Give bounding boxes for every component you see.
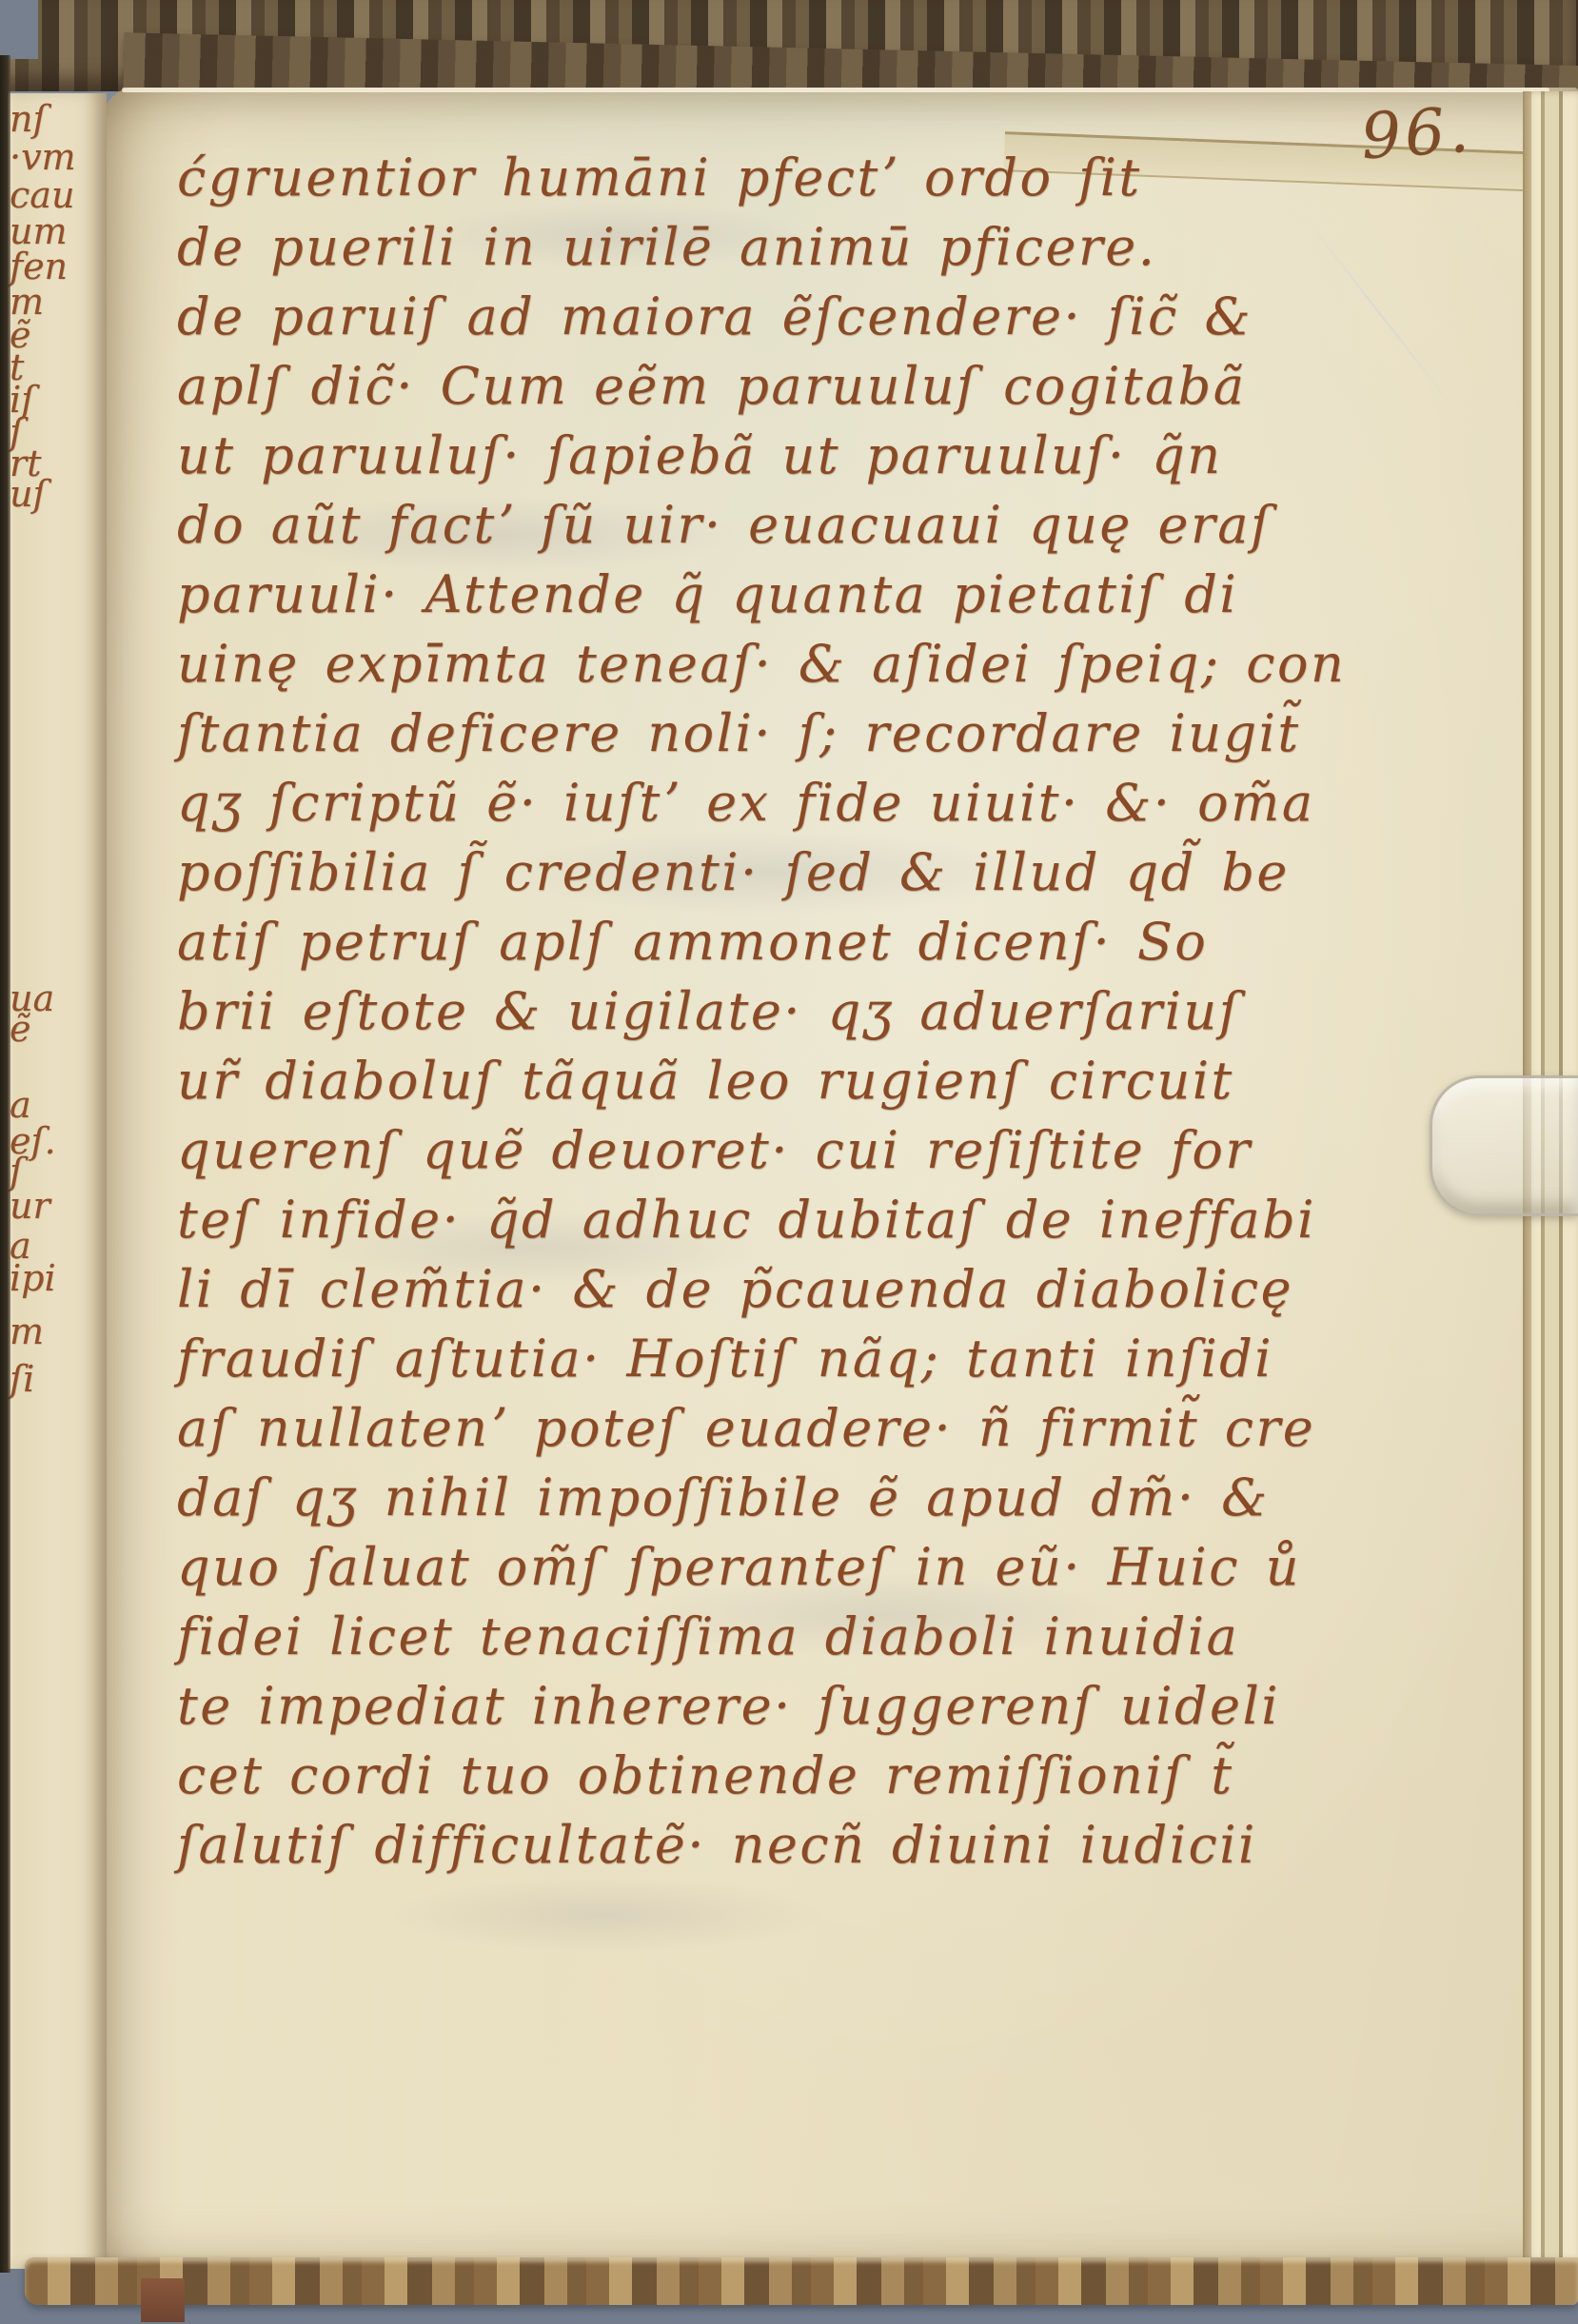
background-corner bbox=[0, 0, 38, 59]
margin-fragment: fen bbox=[10, 248, 68, 285]
manuscript-line: quo ſaluat om̃ſ ſperanteſ in eũ· Huic ů bbox=[177, 1532, 1357, 1602]
margin-fragment: a bbox=[10, 1087, 31, 1123]
margin-fragment: ſi bbox=[10, 1361, 34, 1397]
manuscript-line: de puerili in uirilē animū pficere. bbox=[177, 212, 1357, 282]
margin-fragment: uſ bbox=[10, 476, 47, 512]
manuscript-line: ur̃ diaboluſ tãquã leo rugienſ circuit bbox=[177, 1046, 1357, 1115]
margin-fragment: ẽ bbox=[10, 1011, 31, 1047]
book-gutter bbox=[0, 55, 10, 2273]
manuscript-line: ſtantia deficere noli· ſ; recordare iugi… bbox=[177, 699, 1357, 768]
margin-fragment: ipi bbox=[10, 1260, 56, 1296]
margin-fragment: m bbox=[10, 1313, 44, 1349]
manuscript-line: aplſ dic̃· Cum eẽm paruuluſ cogitabã bbox=[177, 351, 1357, 421]
manuscript-line: querenſ quẽ deuoret· cui reſiſtite for bbox=[177, 1115, 1357, 1185]
manuscript-line: de paruiſ ad maiora ẽſcendere· ſic̃ & bbox=[177, 282, 1357, 351]
manuscript-line: fidei licet tenaciſſima diaboli inuidia bbox=[177, 1602, 1357, 1671]
margin-fragment: ·vm bbox=[10, 139, 76, 175]
margin-fragment: cau bbox=[10, 177, 74, 213]
manuscript-line: ćgruentior humāni pfectʼ ordo ſit bbox=[177, 143, 1357, 212]
manuscript-line: te impediat inherere· ſuggerenſ uideli bbox=[177, 1671, 1357, 1741]
margin-fragment: ur bbox=[10, 1188, 50, 1224]
manuscript-line: daſ qʒ nihil impoſſibile ẽ apud dm̃· & bbox=[177, 1463, 1357, 1532]
manuscript-line: poſſibilia ſ̃ credenti· ſed & illud qd̃ … bbox=[177, 837, 1357, 907]
manuscript-line: cet cordi tuo obtinende remiſſioniſ t̃ bbox=[177, 1741, 1357, 1810]
manuscript-line: teſ infide· q̃d adhuc dubitaſ de ineffab… bbox=[177, 1185, 1357, 1254]
manuscript-line: uinę expīmta teneaſ· & aſidei ſpeiq; con bbox=[177, 629, 1357, 699]
manuscript-page: 96. ćgruentior humāni pfectʼ ordo ſitde … bbox=[103, 88, 1578, 2269]
page-number: 96. bbox=[1359, 90, 1516, 174]
margin-fragment: nſ bbox=[10, 101, 47, 137]
manuscript-line: do aũt factʼ ſũ uir· euacuaui quę eraſ bbox=[177, 490, 1357, 560]
margin-fragment: um bbox=[10, 213, 68, 249]
ink-showthrough bbox=[388, 1877, 826, 1953]
page-holder-tab bbox=[1430, 1075, 1578, 1216]
manuscript-text-block: ćgruentior humāni pfectʼ ordo ſitde puer… bbox=[177, 143, 1357, 1880]
bottom-wood-block bbox=[141, 2278, 185, 2322]
book-scan: 96. ćgruentior humāni pfectʼ ordo ſitde … bbox=[0, 0, 1578, 2324]
manuscript-line: li dī clem̃tia· & de p̃cauenda diabolicę bbox=[177, 1254, 1357, 1324]
book-bottom-edge bbox=[25, 2257, 1578, 2305]
manuscript-line: paruuli· Attende q̃ quanta pietatiſ di bbox=[177, 560, 1357, 629]
manuscript-line: atiſ petruſ aplſ ammonet dicenſ· So bbox=[177, 907, 1357, 976]
manuscript-line: ut paruuluſ· ſapiebã ut paruuluſ· q̃n bbox=[177, 421, 1357, 490]
prev-page-edge: nſ·vmcauumfenmẽtiſſrtuſuaẽaeſ.ſuraipimſi bbox=[8, 93, 107, 2269]
page-top-edge-highlight bbox=[122, 88, 1549, 92]
manuscript-line: fraudiſ aſtutia· Hoſtiſ nãq; tanti inſid… bbox=[177, 1324, 1357, 1393]
manuscript-line: qʒ ſcriptũ ẽ· iuſtʼ ex fide uiuit· &· om… bbox=[177, 768, 1357, 837]
margin-fragments: nſ·vmcauumfenmẽtiſſrtuſuaẽaeſ.ſuraipimſi bbox=[8, 93, 107, 2269]
manuscript-line: aſ nullatenʼ poteſ euadere· ñ firmit̃ cr… bbox=[177, 1393, 1357, 1463]
manuscript-line: ſalutiſ difficultatẽ· necñ diuini iudici… bbox=[177, 1810, 1357, 1880]
manuscript-line: brii eſtote & uigilate· qʒ aduerſariuſ bbox=[177, 976, 1357, 1046]
